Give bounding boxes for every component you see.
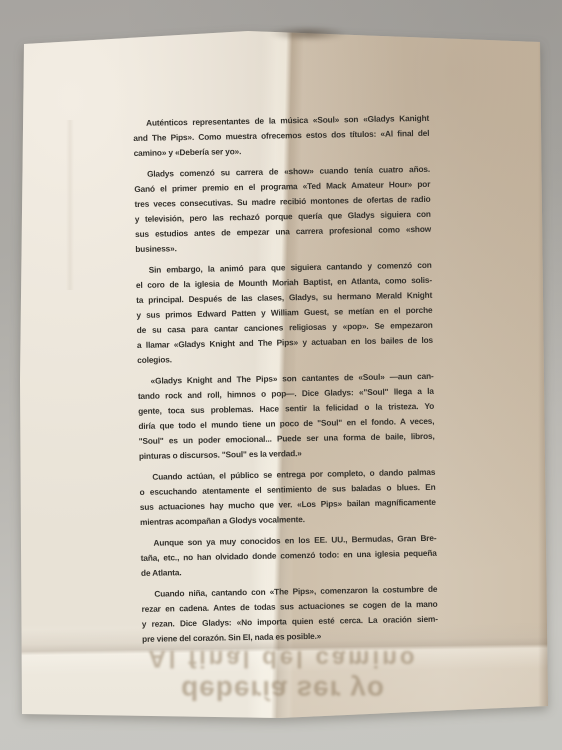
- paragraph: Aunque son ya muy conocidos en los EE. U…: [140, 531, 437, 581]
- paragraph: Sin embargo, la animó para que siguiera …: [136, 258, 434, 368]
- text-block: Auténticos representantes de la música «…: [133, 111, 438, 653]
- paragraph: Cuando actúan, el público se entrega por…: [139, 465, 436, 530]
- paragraph: Cuando niña, cantando con «The Pips», co…: [141, 582, 438, 647]
- paragraph: Gladys comenzó su carrera de «show» cuan…: [134, 162, 432, 257]
- minor-left-crease: [66, 120, 74, 290]
- document-sheet: Auténticos representantes de la música «…: [18, 30, 548, 720]
- paragraph: Auténticos representantes de la música «…: [133, 111, 430, 161]
- paper-wrapper: Auténticos representantes de la música «…: [18, 30, 548, 720]
- paragraph: «Gladys Knight and The Pips» son cantant…: [138, 369, 436, 464]
- ghost-text-line: debería ser yo: [181, 673, 385, 707]
- photo-background: Auténticos representantes de la música «…: [0, 0, 562, 750]
